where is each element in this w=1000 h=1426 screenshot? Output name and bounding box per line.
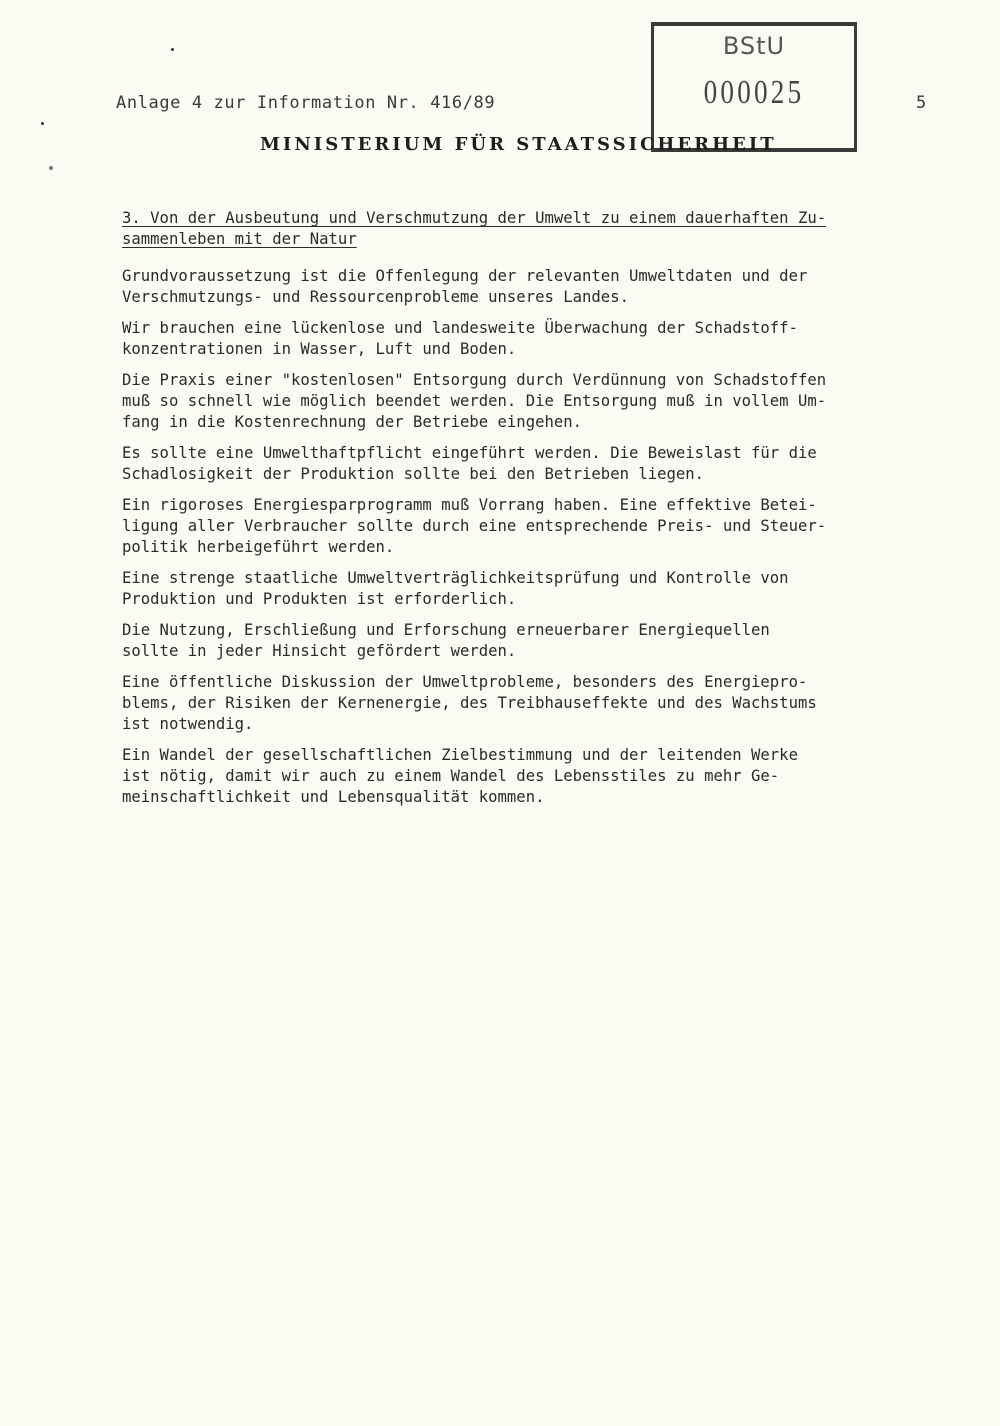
paragraph-line: politik herbeigeführt werden. xyxy=(122,537,912,558)
paragraph-line: Eine öffentliche Diskussion der Umweltpr… xyxy=(122,672,912,693)
paragraph-line: ist nötig, damit wir auch zu einem Wande… xyxy=(122,766,912,787)
paragraph: Ein Wandel der gesellschaftlichen Zielbe… xyxy=(122,745,912,808)
paragraph: Eine strenge staatliche Umweltverträglic… xyxy=(122,568,912,610)
stamp-archive-name: BStU xyxy=(654,32,854,60)
paragraph-line: ligung aller Verbraucher sollte durch ei… xyxy=(122,516,912,537)
paragraph: Es sollte eine Umwelthaftpflicht eingefü… xyxy=(122,443,912,485)
heading-line: 3. Von der Ausbeutung und Verschmutzung … xyxy=(122,208,912,229)
page-number: 5 xyxy=(916,93,926,113)
paragraph-line: Grundvoraussetzung ist die Offenlegung d… xyxy=(122,266,912,287)
archive-stamp: BStU 000025 xyxy=(651,22,857,152)
paragraph-line: Produktion und Produkten ist erforderlic… xyxy=(122,589,912,610)
paragraph-line: sollte in jeder Hinsicht gefördert werde… xyxy=(122,641,912,662)
paragraph-line: Es sollte eine Umwelthaftpflicht eingefü… xyxy=(122,443,912,464)
paragraph-line: Die Praxis einer "kostenlosen" Entsorgun… xyxy=(122,370,912,391)
paragraph-line: muß so schnell wie möglich beendet werde… xyxy=(122,391,912,412)
section-heading: 3. Von der Ausbeutung und Verschmutzung … xyxy=(122,208,912,250)
heading-line: sammenleben mit der Natur xyxy=(122,229,912,250)
paper-speck xyxy=(49,166,53,170)
paragraph-line: Verschmutzungs- und Ressourcenprobleme u… xyxy=(122,287,912,308)
paragraph-line: Schadlosigkeit der Produktion sollte bei… xyxy=(122,464,912,485)
paragraph-line: meinschaftlichkeit und Lebensqualität ko… xyxy=(122,787,912,808)
paragraph-line: Eine strenge staatliche Umweltverträglic… xyxy=(122,568,912,589)
paragraph: Die Praxis einer "kostenlosen" Entsorgun… xyxy=(122,370,912,433)
paragraph-line: blems, der Risiken der Kernenergie, des … xyxy=(122,693,912,714)
issuer-heading: MINISTERIUM FÜR STAATSSICHERHEIT xyxy=(260,134,777,155)
paragraph: Wir brauchen eine lückenlose und landesw… xyxy=(122,318,912,360)
paragraph-line: Ein rigoroses Energiesparprogramm muß Vo… xyxy=(122,495,912,516)
paragraph-line: konzentrationen in Wasser, Luft und Bode… xyxy=(122,339,912,360)
paragraph: Grundvoraussetzung ist die Offenlegung d… xyxy=(122,266,912,308)
paragraph: Ein rigoroses Energiesparprogramm muß Vo… xyxy=(122,495,912,558)
document-body: 3. Von der Ausbeutung und Verschmutzung … xyxy=(122,208,912,818)
paragraph: Eine öffentliche Diskussion der Umweltpr… xyxy=(122,672,912,735)
paragraph-line: Die Nutzung, Erschließung und Erforschun… xyxy=(122,620,912,641)
paper-speck xyxy=(171,48,174,51)
paragraph-line: Ein Wandel der gesellschaftlichen Zielbe… xyxy=(122,745,912,766)
paragraph-list: Grundvoraussetzung ist die Offenlegung d… xyxy=(122,266,912,808)
paragraph-line: fang in die Kostenrechnung der Betriebe … xyxy=(122,412,912,433)
paper-speck xyxy=(41,122,44,125)
paragraph: Die Nutzung, Erschließung und Erforschun… xyxy=(122,620,912,662)
paragraph-line: Wir brauchen eine lückenlose und landesw… xyxy=(122,318,912,339)
paragraph-line: ist notwendig. xyxy=(122,714,912,735)
annex-reference: Anlage 4 zur Information Nr. 416/89 xyxy=(116,93,495,113)
stamp-page-number: 000025 xyxy=(674,74,834,112)
